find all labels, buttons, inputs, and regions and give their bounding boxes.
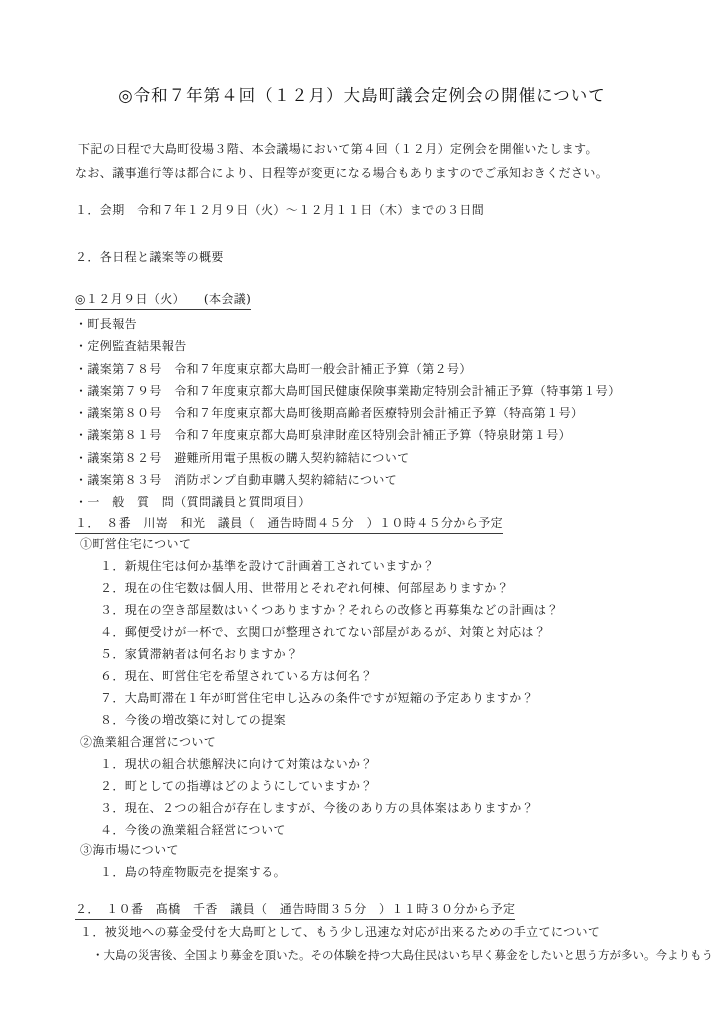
agenda-bullet: ・議案第８２号 避難所用電子黒板の購入契約締結について bbox=[75, 451, 410, 466]
question-item: １．被災地への募金受付を大島町として、もう少し迅速な対応が出来るための手立てにつ… bbox=[80, 925, 600, 940]
question-item: ５．家賃滞納者は何名おりますか？ bbox=[100, 647, 298, 662]
intro-line-1: 下記の日程で大島町役場３階、本会議場において第４回（１２月）定例会を開催いたしま… bbox=[78, 142, 598, 157]
intro-line-2: なお、議事進行等は都合により、日程等が変更になる場合もありますのでご承知おきくだ… bbox=[75, 166, 608, 181]
agenda-bullet: ・議案第７９号 令和７年度東京都大島町国民健康保険事業勘定特別会計補正予算（特事… bbox=[75, 384, 621, 399]
question-item: ４．今後の漁業組合経営について bbox=[100, 823, 286, 838]
agenda-bullet: ・定例監査結果報告 bbox=[75, 339, 187, 354]
question-item: ・大島の災害後、全国より募金を頂いた。その体験を持つ大島住民はいち早く募金をした… bbox=[92, 948, 713, 963]
day1-heading: ◎１２月９日（火） (本会議) bbox=[75, 292, 251, 310]
topic2-title: ②漁業組合運営について bbox=[80, 735, 216, 750]
question-item: ４．郵便受けが一杯で、玄関口が整理されてない部屋があるが、対策と対応は？ bbox=[100, 625, 546, 640]
question-item: ３．現在の空き部屋数はいくつありますか？それらの改修と再募集などの計画は？ bbox=[100, 603, 559, 618]
document-page: ◎令和７年第４回（１２月）大島町議会定例会の開催について 下記の日程で大島町役場… bbox=[0, 0, 724, 1024]
question1-heading-text: １． ８番 川嵜 和光 議員（ 通告時間４５分 ）１０時４５分から予定 bbox=[75, 516, 503, 534]
agenda-bullet: ・議案第７８号 令和７年度東京都大島町一般会計補正予算（第２号） bbox=[75, 362, 472, 377]
agenda-bullet: ・一 般 質 問（質問議員と質問項目） bbox=[75, 495, 311, 510]
agenda-bullet: ・議案第８０号 令和７年度東京都大島町後期高齢者医療特別会計補正予算（特高第１号… bbox=[75, 406, 583, 421]
question-item: １．新規住宅は何か基準を設けて計画着工されていますか？ bbox=[100, 559, 435, 574]
question2-heading-text: ２． １０番 髙橋 千香 議員（ 通告時間３５分 ）１１時３０分から予定 bbox=[75, 902, 515, 920]
question-item: ２．町としての指導はどのようにしていますか？ bbox=[100, 779, 373, 794]
section-gaiyo: ２．各日程と議案等の概要 bbox=[75, 250, 224, 265]
agenda-bullet: ・町長報告 bbox=[75, 317, 137, 332]
question-item: １．現状の組合状態解決に向けて対策はないか？ bbox=[100, 757, 373, 772]
question1-heading: １． ８番 川嵜 和光 議員（ 通告時間４５分 ）１０時４５分から予定 bbox=[75, 516, 503, 534]
question2-heading: ２． １０番 髙橋 千香 議員（ 通告時間３５分 ）１１時３０分から予定 bbox=[75, 902, 515, 920]
question-item: ８．今後の増改築に対しての提案 bbox=[100, 713, 286, 728]
question-item: ２．現在の住宅数は個人用、世帯用とそれぞれ何棟、何部屋ありますか？ bbox=[100, 581, 509, 596]
agenda-bullet: ・議案第８３号 消防ポンプ自動車購入契約締結について bbox=[75, 473, 397, 488]
section-kaiki: １．会期 令和７年１２月９日（火）～１２月１１日（木）までの３日間 bbox=[75, 203, 484, 218]
document-title: ◎令和７年第４回（１２月）大島町議会定例会の開催について bbox=[0, 82, 724, 106]
agenda-bullet: ・議案第８１号 令和７年度東京都大島町泉津財産区特別会計補正予算（特泉財第１号） bbox=[75, 428, 571, 443]
question-item: ７．大島町滞在１年が町営住宅申し込みの条件ですが短縮の予定ありますか？ bbox=[100, 691, 534, 706]
topic1-title: ①町営住宅について bbox=[80, 537, 191, 552]
topic3-title: ③海市場について bbox=[80, 843, 179, 858]
question-item: ３．現在、２つの組合が存在しますが、今後のあり方の具体案はありますか？ bbox=[100, 801, 534, 816]
question-item: ６．現在、町営住宅を希望されている方は何名？ bbox=[100, 669, 373, 684]
day1-heading-text: ◎１２月９日（火） (本会議) bbox=[75, 292, 251, 310]
question-item: １．島の特産物販売を提案する。 bbox=[100, 865, 286, 880]
